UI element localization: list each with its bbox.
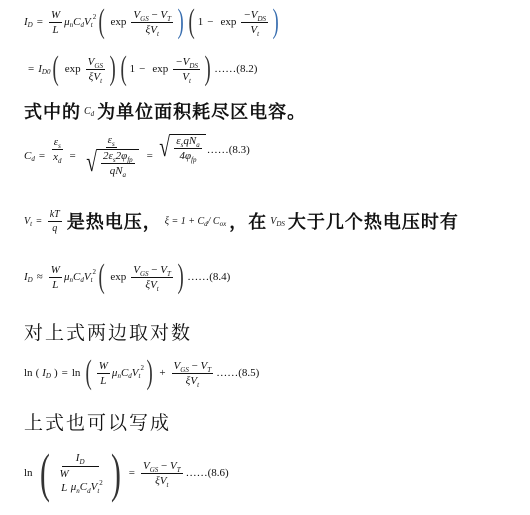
inline-math: Cd xyxy=(84,106,94,117)
subscript: GS xyxy=(94,62,103,70)
symbol: 2ε xyxy=(103,150,113,162)
symbol: ξV xyxy=(146,24,157,36)
numerator: VGS − VT xyxy=(131,264,173,278)
fraction: WL xyxy=(58,468,71,494)
function: exp xyxy=(110,271,126,283)
subscript: d xyxy=(80,276,84,284)
function: ln xyxy=(24,367,33,379)
subscript: d xyxy=(81,21,85,29)
symbol: V xyxy=(84,16,91,28)
subscript: d xyxy=(31,155,35,163)
numerator: W xyxy=(49,264,62,278)
numerator: εsqNa xyxy=(174,135,201,149)
operator: = xyxy=(37,16,43,28)
symbol: ε xyxy=(176,135,180,147)
fraction: kTq xyxy=(48,209,62,234)
denominator: √2εs2φfpqNa xyxy=(82,148,141,177)
fraction: εsxd xyxy=(51,136,63,163)
operator: = xyxy=(129,467,135,479)
left-paren: ( xyxy=(189,5,195,39)
symbol: C xyxy=(80,481,87,493)
symbol: C xyxy=(73,271,80,283)
symbol: C xyxy=(84,106,91,117)
denominator: WL μnCdVt2 xyxy=(56,467,105,494)
operator: − xyxy=(161,460,167,472)
symbol: qN xyxy=(183,135,196,147)
fraction: −VDSVt xyxy=(241,9,268,36)
equation-8-5: ln ( ID ) = ln ( WL μn Cd Vt2 ) + VGS − … xyxy=(24,356,259,390)
right-paren: ) xyxy=(273,5,279,39)
denominator: qNa xyxy=(108,164,128,177)
subscript: d xyxy=(91,110,95,118)
denominator: Vt xyxy=(180,70,193,83)
text: ，在 xyxy=(229,208,267,234)
text-line-4: 上式也可以写成 xyxy=(24,408,171,435)
subscript: d xyxy=(58,157,62,165)
subscript: t xyxy=(139,372,141,380)
fraction: εsqNa4φfp xyxy=(174,135,201,162)
subscript: DS xyxy=(276,220,285,228)
fraction: WL xyxy=(49,264,62,291)
denominator: L xyxy=(98,374,108,387)
fraction: 2εs2φfpqNa xyxy=(101,150,135,177)
text: 是热电压， xyxy=(67,208,162,234)
numerator: W xyxy=(49,9,62,23)
subscript: ox xyxy=(220,220,227,228)
subscript: d xyxy=(87,487,91,495)
text: 大于几个热电压时有 xyxy=(288,208,459,234)
radical-sign: √ xyxy=(86,149,97,177)
symbol: C xyxy=(121,367,128,379)
symbol: ξV xyxy=(145,279,156,291)
equation-8-4: ID ≈ WL μn Cd Vt2 ( exp VGS − VTξVt ) ……… xyxy=(24,260,230,294)
superscript: 2 xyxy=(93,13,97,21)
equation-8-3: Cd = εsxd = εs√2εs2φfpqNa = √εsqNa4φfp …… xyxy=(24,134,250,177)
radicand: εsqNa4φfp xyxy=(170,134,205,162)
symbol: ξ = 1 + C xyxy=(165,216,204,227)
denominator: L xyxy=(50,23,60,36)
subscript: a xyxy=(123,171,127,179)
subscript: D xyxy=(28,276,33,284)
denominator: q xyxy=(50,222,59,234)
fraction: WL xyxy=(97,360,110,387)
subscript: GS xyxy=(180,366,189,374)
symbol: ξV xyxy=(186,375,197,387)
fraction: WL xyxy=(49,9,62,36)
right-paren: ) xyxy=(178,5,184,39)
subscript: T xyxy=(177,466,181,474)
subscript: d xyxy=(128,372,132,380)
numerator: VGS xyxy=(86,56,105,70)
fraction: VGS − VTξVt xyxy=(131,9,173,36)
operator: = xyxy=(62,367,68,379)
left-paren: ( xyxy=(36,367,40,379)
denominator: ξVt xyxy=(87,70,104,83)
symbol: C xyxy=(24,150,31,162)
subscript: s xyxy=(113,156,116,164)
symbol: V xyxy=(133,264,140,276)
denominator: L xyxy=(59,481,69,494)
operator: = xyxy=(69,150,75,162)
numerator: −VDS xyxy=(241,9,268,23)
subscript: T xyxy=(167,15,171,23)
numerator: W xyxy=(58,468,71,481)
right-paren: ) xyxy=(110,52,116,86)
denominator: ξVt xyxy=(153,474,170,487)
symbol: ξV xyxy=(89,71,100,83)
inline-math: ξ = 1 + Cd / Cox xyxy=(165,216,227,227)
superscript: 2 xyxy=(99,479,103,487)
equation-8-2: = ID0 ( exp VGSξVt )( 1 − exp −VDSVt ) …… xyxy=(24,52,257,86)
symbol: V xyxy=(182,71,189,83)
function: exp xyxy=(152,63,168,75)
subscript: t xyxy=(100,77,102,85)
subscript: t xyxy=(189,77,191,85)
symbol: / C xyxy=(208,216,220,227)
subscript: DS xyxy=(257,15,266,23)
subscript: GS xyxy=(140,270,149,278)
symbol: −V xyxy=(243,9,257,21)
fraction: VGS − VTξVt xyxy=(131,264,173,291)
square-root: √εsqNa4φfp xyxy=(157,134,206,162)
symbol: V xyxy=(160,264,167,276)
symbol: ξV xyxy=(155,475,166,487)
right-paren: ) xyxy=(111,446,121,500)
subscript: n xyxy=(69,276,73,284)
denominator: L xyxy=(50,278,60,291)
subscript: t xyxy=(157,285,159,293)
left-paren: ( xyxy=(86,356,92,390)
operator: + xyxy=(159,367,165,379)
denominator: ξVt xyxy=(184,374,201,387)
operator: = xyxy=(39,150,45,162)
inline-math: VDS xyxy=(270,216,285,227)
subscript: n xyxy=(76,487,80,495)
denominator: Vt xyxy=(248,23,261,36)
left-paren: ( xyxy=(99,5,105,39)
symbol: V xyxy=(170,460,177,472)
subscript: fp xyxy=(127,156,132,164)
equation-number: ……(8.6) xyxy=(186,467,229,479)
subscript: t xyxy=(97,487,99,495)
function: ln xyxy=(24,467,33,479)
right-paren: ) xyxy=(54,367,58,379)
subscript: D xyxy=(46,372,51,380)
radical-sign: √ xyxy=(159,134,170,162)
numerator: VGS − VT xyxy=(131,9,173,23)
function: exp xyxy=(111,16,127,28)
text-line-2: Vt = kTq 是热电压， ξ = 1 + Cd / Cox ，在 VDS 大… xyxy=(24,208,459,234)
radicand: 2εs2φfpqNa xyxy=(97,149,139,177)
square-root: √2εs2φfpqNa xyxy=(84,149,139,177)
left-paren: ( xyxy=(53,52,59,86)
equation-number: ……(8.5) xyxy=(216,367,259,379)
right-paren: ) xyxy=(147,356,153,390)
operator: ≈ xyxy=(37,271,43,283)
operator: = xyxy=(36,216,42,227)
symbol: 4φ xyxy=(179,150,191,162)
subscript: GS xyxy=(150,466,159,474)
equation-8-1: ID = WL μn Cd Vt2 ( exp VGS − VTξVt )( 1… xyxy=(24,5,281,39)
subscript: d xyxy=(204,220,208,228)
superscript: 2 xyxy=(140,364,144,372)
subscript: t xyxy=(167,481,169,489)
denominator: xd xyxy=(51,150,63,163)
operator: − xyxy=(151,9,157,21)
function: exp xyxy=(65,63,81,75)
subscript: t xyxy=(91,21,93,29)
subscript: fp xyxy=(191,156,196,164)
equation-number: ……(8.4) xyxy=(187,271,230,283)
subscript: DS xyxy=(189,62,198,70)
numerator: ID xyxy=(62,452,99,467)
subscript: t xyxy=(197,381,199,389)
numerator: εs xyxy=(52,136,63,150)
numerator: VGS − VT xyxy=(141,460,183,474)
fraction: VGS − VTξVt xyxy=(172,360,214,387)
subscript: n xyxy=(70,21,74,29)
symbol: −V xyxy=(175,56,189,68)
subscript: s xyxy=(112,140,115,148)
subscript: a xyxy=(196,141,200,149)
subscript: s xyxy=(181,141,184,149)
operator: = xyxy=(28,63,34,75)
symbol: 2φ xyxy=(116,150,128,162)
operator: − xyxy=(192,360,198,372)
left-paren: ( xyxy=(99,260,105,294)
equation-number: ……(8.2) xyxy=(214,63,257,75)
equation-number: ……(8.3) xyxy=(207,144,250,156)
left-paren: ( xyxy=(40,446,50,500)
fraction: VGS − VTξVt xyxy=(141,460,183,487)
denominator: ξVt xyxy=(143,278,160,291)
left-paren: ( xyxy=(121,52,127,86)
numerator: −VDS xyxy=(173,56,200,70)
subscript: T xyxy=(167,270,171,278)
denominator: 4φfp xyxy=(177,149,198,162)
text: 式中的 xyxy=(24,98,81,124)
symbol: C xyxy=(73,16,80,28)
text-line-3: 对上式两边取对数 xyxy=(24,318,192,345)
operator: − xyxy=(139,63,145,75)
text-line-1: 式中的 Cd 为单位面积耗尽区电容。 xyxy=(24,98,306,124)
symbol: V xyxy=(143,460,150,472)
numerator: 2εs2φfp xyxy=(101,150,135,164)
subscript: D xyxy=(28,21,33,29)
number: 1 xyxy=(198,16,204,28)
denominator: ξVt xyxy=(144,23,161,36)
numerator: kT xyxy=(48,209,62,222)
fraction: εs√2εs2φfpqNa xyxy=(82,134,141,177)
subscript: t xyxy=(257,30,259,38)
operator: = xyxy=(147,150,153,162)
fraction: ID WL μnCdVt2 xyxy=(56,452,105,494)
symbol: V xyxy=(132,367,139,379)
subscript: t xyxy=(91,276,93,284)
right-paren: ) xyxy=(205,52,211,86)
fraction: −VDSVt xyxy=(173,56,200,83)
inline-math: Vt = kTq xyxy=(24,209,64,234)
operator: − xyxy=(151,264,157,276)
subscript: t xyxy=(30,220,32,228)
numerator: εs xyxy=(106,134,117,148)
fraction: VGSξVt xyxy=(86,56,105,83)
numerator: VGS − VT xyxy=(172,360,214,374)
operator: − xyxy=(207,16,213,28)
function: ln xyxy=(72,367,81,379)
function: exp xyxy=(220,16,236,28)
right-paren: ) xyxy=(177,260,183,294)
subscript: t xyxy=(157,30,159,38)
number: 1 xyxy=(130,63,136,75)
text: 为单位面积耗尽区电容。 xyxy=(97,98,306,124)
subscript: T xyxy=(207,366,211,374)
numerator: W xyxy=(97,360,110,374)
subscript: n xyxy=(117,372,121,380)
subscript: GS xyxy=(140,15,149,23)
symbol: qN xyxy=(110,165,123,177)
subscript: D xyxy=(79,458,84,466)
subscript: D0 xyxy=(42,68,51,76)
equation-8-6: ln ( ID WL μnCdVt2 ) = VGS − VTξVt ……(8.… xyxy=(24,446,229,500)
symbol: V xyxy=(84,271,91,283)
subscript: s xyxy=(58,142,61,150)
superscript: 2 xyxy=(93,268,97,276)
